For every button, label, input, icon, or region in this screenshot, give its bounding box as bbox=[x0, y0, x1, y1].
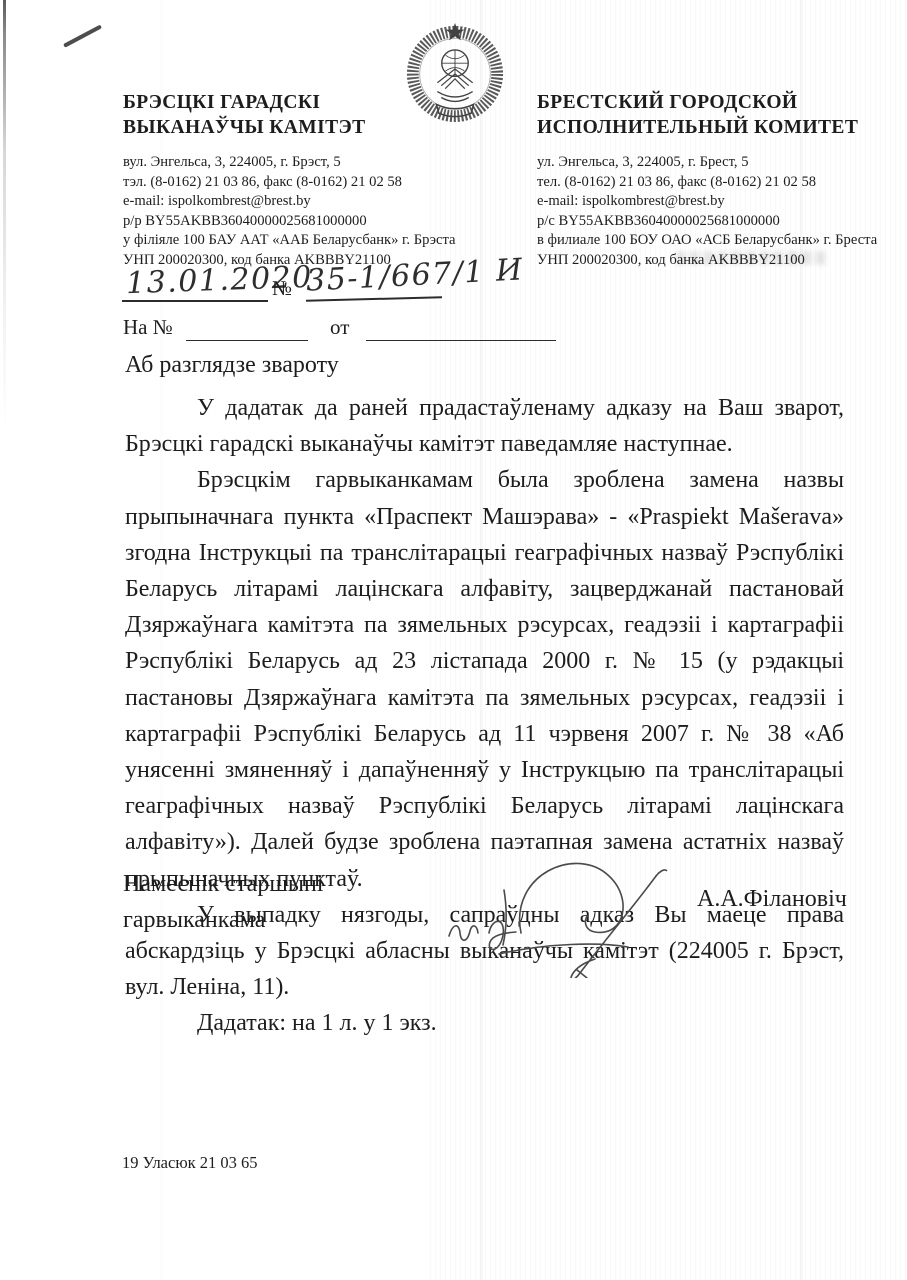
org-name-belarusian: БРЭСЦКІ ГАРАДСКІ ВЫКАНАЎЧЫ КАМІТЭТ bbox=[123, 90, 488, 140]
address-line: тэл. (8-0162) 21 03 86, факс (8-0162) 21… bbox=[123, 173, 488, 193]
letterhead-right-column: БРЕСТСКИЙ ГОРОДСКОЙ ИСПОЛНИТЕЛЬНЫЙ КОМИТ… bbox=[537, 90, 902, 271]
number-sign-label: № bbox=[272, 276, 292, 301]
body-paragraph-attachment: Дадатак: на 1 л. у 1 экз. bbox=[125, 1005, 844, 1041]
address-line-account: р/р BY55AKBB36040000025681000000 bbox=[123, 212, 488, 232]
signer-position-title: Намеснік старшыні гарвыканкама bbox=[123, 866, 323, 938]
address-line-bank: в филиале 100 БОУ ОАО «АСБ Беларусбанк» … bbox=[537, 231, 902, 251]
address-line-email: e-mail: ispolkombrest@brest.by bbox=[537, 192, 902, 212]
letterhead-left-column: БРЭСЦКІ ГАРАДСКІ ВЫКАНАЎЧЫ КАМІТЭТ вул. … bbox=[123, 90, 488, 271]
address-line-bank: у філіяле 100 БАУ ААТ «ААБ Беларусбанк» … bbox=[123, 231, 488, 251]
reply-date-blank bbox=[366, 340, 556, 341]
address-line-unp: УНП 200020300, код банка AKBBBY21100 bbox=[537, 251, 902, 271]
body-paragraph: У дадатак да раней прадастаўленаму адказ… bbox=[125, 390, 844, 462]
reply-from-label: от bbox=[330, 315, 349, 340]
signer-name: А.А.Філановіч bbox=[697, 886, 847, 913]
address-line: тел. (8-0162) 21 03 86, факс (8-0162) 21… bbox=[537, 173, 902, 193]
handwritten-signature bbox=[437, 832, 689, 978]
address-line: вул. Энгельса, 3, 224005, г. Брэст, 5 bbox=[123, 153, 488, 173]
address-line: ул. Энгельса, 3, 224005, г. Брест, 5 bbox=[537, 153, 902, 173]
reply-number-blank bbox=[186, 340, 308, 341]
date-underline bbox=[122, 300, 268, 302]
reply-to-label: На № bbox=[123, 315, 173, 340]
org-address-belarusian: вул. Энгельса, 3, 224005, г. Брэст, 5 тэ… bbox=[123, 153, 488, 271]
pen-check-mark bbox=[63, 25, 102, 48]
org-address-russian: ул. Энгельса, 3, 224005, г. Брест, 5 тел… bbox=[537, 153, 902, 271]
scanned-letter-page: { "colors": { "paper": "#ffffff", "ink":… bbox=[0, 0, 907, 1280]
executor-note: 19 Уласюк 21 03 65 bbox=[122, 1153, 258, 1173]
org-name-russian: БРЕСТСКИЙ ГОРОДСКОЙ ИСПОЛНИТЕЛЬНЫЙ КОМИТ… bbox=[537, 90, 902, 140]
address-line-email: e-mail: ispolkombrest@brest.by bbox=[123, 192, 488, 212]
letter-subject: Аб разглядзе звароту bbox=[125, 352, 339, 379]
address-line-account: р/с BY55AKBB36040000025681000000 bbox=[537, 212, 902, 232]
scan-edge-artifact bbox=[3, 0, 6, 430]
